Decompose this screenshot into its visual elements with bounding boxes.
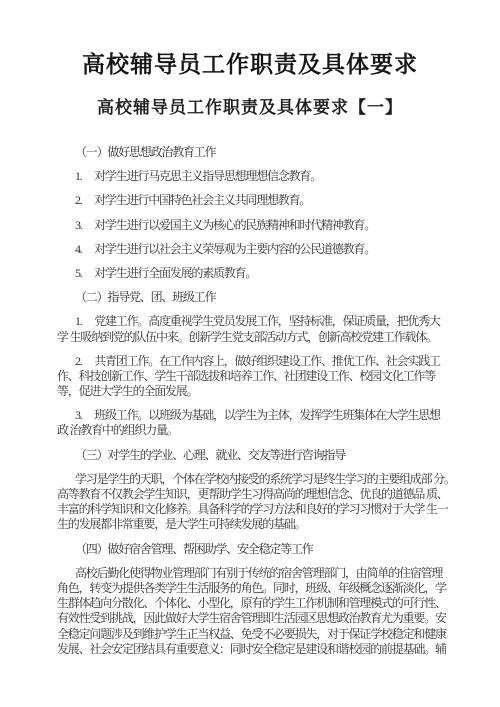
list-item-line: 3. 对学生进行以爱国主义为核心的民族精神和时代精神教育。 bbox=[57, 218, 448, 233]
paragraph-line: 发展、社会安定团结具有重要意义：同时安全稳定是建设和谐校园的前提基础。辅 bbox=[57, 642, 448, 657]
paragraph: 高校后勤化使得物业管理部门有别于传统的宿舍管理部门，由简单的住宿管理角色，转变为… bbox=[57, 566, 448, 657]
list-item-line: 作、科技创新工作、学生干部选拔和培养工作、社团建设工作、校园文化工作等 bbox=[57, 369, 448, 384]
list-item-line: 1. 对学生进行马克思主义指导思想理想信念教育。 bbox=[57, 169, 448, 184]
list-item-line: 2. 对学生进行中国特色社会主义共同理想教育。 bbox=[57, 193, 448, 208]
list-item: 2. 对学生进行中国特色社会主义共同理想教育。 bbox=[57, 193, 448, 208]
paragraph-line: 高等教育不仅教会学生知识，更帮助学生习得高尚的理想信念、优良的道德品 质、 bbox=[57, 487, 448, 502]
section-heading-text: （三）对学生的学业、心理、就业、交友等进行咨询指导 bbox=[57, 448, 448, 463]
section-heading-text: （一）做好思想政治教育工作 bbox=[57, 145, 448, 160]
list-item-line: 政 治教育中的组织力量。 bbox=[57, 423, 448, 438]
paragraph-line: 角色，转变为提供各类学生生活服务的角色。同时，班级、年级概念逐渐淡化，学 bbox=[57, 581, 448, 596]
list-item: 1. 对学生进行马克思主义指导思想理想信念教育。 bbox=[57, 169, 448, 184]
section-heading-text: （二）指导党、团、班级工作 bbox=[57, 290, 448, 305]
list-item-line: 2. 共青团工作。在工作内容上，做好组织建设工作、推优工作、社会实践工 bbox=[57, 354, 448, 369]
list-item: 3. 对学生进行以爱国主义为核心的民族精神和时代精神教育。 bbox=[57, 218, 448, 233]
section-heading: （一）做好思想政治教育工作 bbox=[57, 145, 448, 160]
document-page: 高校辅导员工作职责及具体要求 高校辅导员工作职责及具体要求【一】 （一）做好思想… bbox=[0, 0, 500, 707]
section-heading: （二）指导党、团、班级工作 bbox=[57, 290, 448, 305]
list-item-line: 4. 对学生进行以社会主义荣辱观为主要内容的公民道德教育。 bbox=[57, 242, 448, 257]
section-heading-text: （四）做好宿舍管理、帮困助学、安全稳定等工作 bbox=[57, 542, 448, 557]
list-item-line: 学 生吸纳到党的队伍中来。创新学生党支部活动方式，创新高校党建工作载体。 bbox=[57, 330, 448, 345]
paragraph: 学习是学生的天职，个体在学校内接受的系统学习是终生学习的主要组成部 分。高等教育… bbox=[57, 472, 448, 533]
paragraph-line: 生群体趋向分散化、个体化、小型化，原有的学生工作机制和管理模式的可行性、 bbox=[57, 596, 448, 611]
list-item: 4. 对学生进行以社会主义荣辱观为主要内容的公民道德教育。 bbox=[57, 242, 448, 257]
list-item-line: 1. 党建工作。高度重视学生党员发展工作，坚持标准，保证质量，把优秀大 bbox=[57, 314, 448, 329]
list-item-line: 5. 对学生进行全面发展的素质教育。 bbox=[57, 266, 448, 281]
list-item: 1. 党建工作。高度重视学生党员发展工作，坚持标准，保证质量，把优秀大学 生吸纳… bbox=[57, 314, 448, 344]
section-heading: （三）对学生的学业、心理、就业、交友等进行咨询指导 bbox=[57, 448, 448, 463]
paragraph-line: 生的发展都非常重要，是大学生可持续发展的基础。 bbox=[57, 517, 448, 532]
paragraph-line: 高校后勤化使得物业管理部门有别于传统的宿舍管理部门，由简单的住宿管理 bbox=[57, 566, 448, 581]
list-item-line: 3. 班级工作。以班级为基础，以学生为主体，发挥学生班集体在大学生思想 bbox=[57, 408, 448, 423]
list-item: 2. 共青团工作。在工作内容上，做好组织建设工作、推优工作、社会实践工作、科技创… bbox=[57, 354, 448, 400]
list-item: 5. 对学生进行全面发展的素质教育。 bbox=[57, 266, 448, 281]
paragraph-line: 学习是学生的天职，个体在学校内接受的系统学习是终生学习的主要组成部 分。 bbox=[57, 472, 448, 487]
paragraph-line: 有效性受到挑战，因此做好大学生宿舍管理即生活园区思想政治教育尤为重要。安 bbox=[57, 611, 448, 626]
list-item: 3. 班级工作。以班级为基础，以学生为主体，发挥学生班集体在大学生思想政 治教育… bbox=[57, 408, 448, 438]
document-body: （一）做好思想政治教育工作1. 对学生进行马克思主义指导思想理想信念教育。2. … bbox=[0, 145, 500, 657]
document-subtitle: 高校辅导员工作职责及具体要求【一】 bbox=[0, 98, 500, 118]
list-item-line: 等，促进大学生的全面发展。 bbox=[57, 384, 448, 399]
section-heading: （四）做好宿舍管理、帮困助学、安全稳定等工作 bbox=[57, 542, 448, 557]
paragraph-line: 丰富的科学知识和文化修养。具备科学的学习方法和良好的学习习惯对于大学 生一 bbox=[57, 502, 448, 517]
document-title: 高校辅导员工作职责及具体要求 bbox=[0, 0, 500, 79]
paragraph-line: 全稳定问题涉及到维护学生正当权益、免受不必要损失，对于保证学校稳定和健康 bbox=[57, 627, 448, 642]
